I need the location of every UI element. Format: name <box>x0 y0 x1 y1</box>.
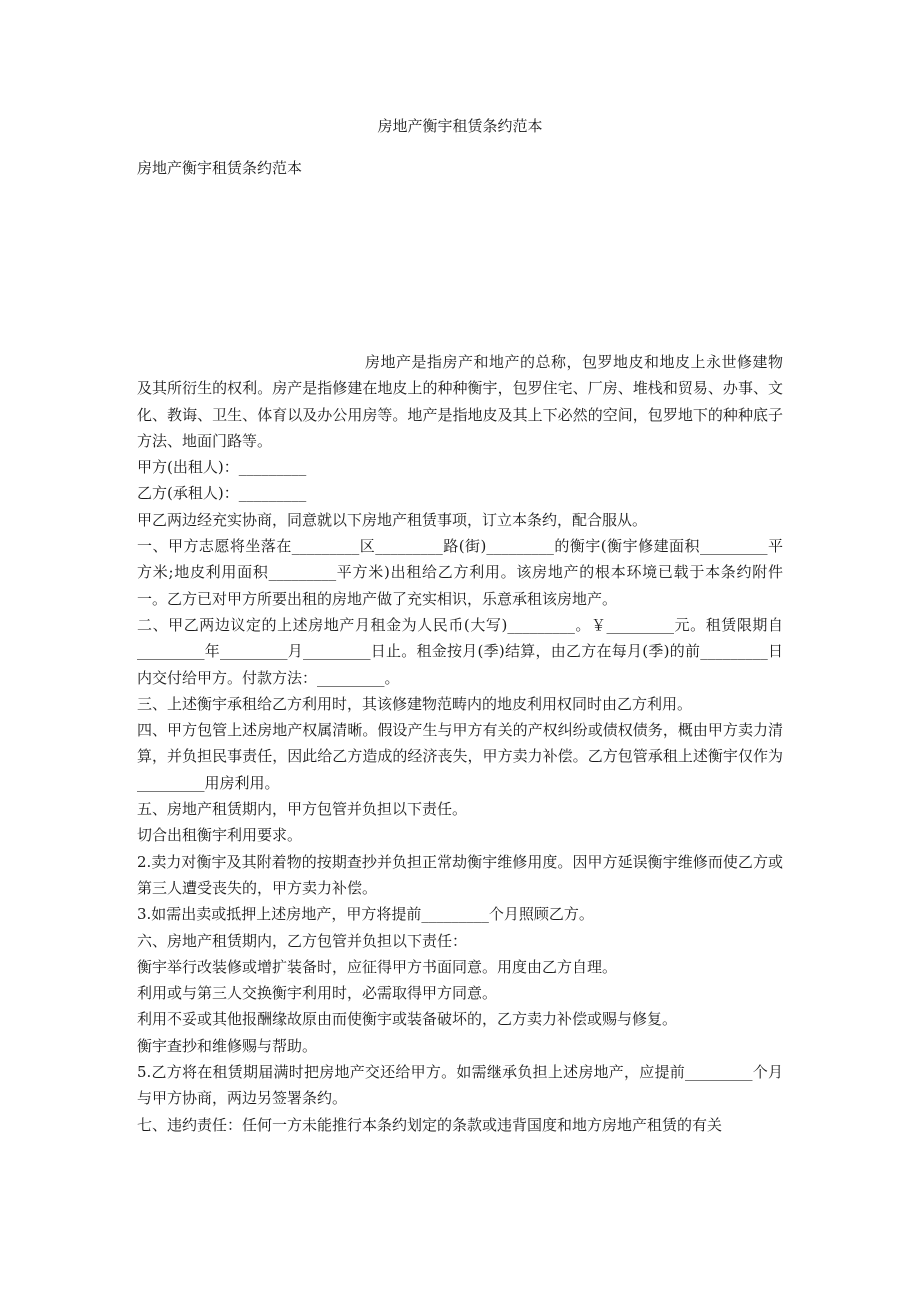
clause-5-item-3: 3.如需出卖或抵押上述房地产，甲方将提前_________个月照顾乙方。 <box>137 901 783 927</box>
paragraph-party-a: 甲方(出租人)：_________ <box>137 454 783 480</box>
clause-3: 三、上述衡宇承租给乙方利用时，其该修建物范畴内的地皮利用权同时由乙方利用。 <box>137 691 783 717</box>
clause-6-item-5: 5.乙方将在租赁期届满时把房地产交还给甲方。如需继承负担上述房地产，应提前___… <box>137 1059 783 1112</box>
document-title: 房地产衡宇租赁条约范本 <box>137 116 783 136</box>
clause-1: 一、甲方志愿将坐落在_________区_________路(街)_______… <box>137 533 783 612</box>
document-body: 房地产是指房产和地产的总称，包罗地皮和地皮上永世修建物及其所衍生的权利。房产是指… <box>137 349 783 1138</box>
paragraph-intro: 房地产是指房产和地产的总称，包罗地皮和地皮上永世修建物及其所衍生的权利。房产是指… <box>137 349 783 454</box>
document-subtitle: 房地产衡宇租赁条约范本 <box>137 158 302 178</box>
clause-2: 二、甲乙两边议定的上述房地产月租金为人民币(大写)_________。￥____… <box>137 612 783 691</box>
clause-6-item-2: 利用或与第三人交换衡宇利用时，必需取得甲方同意。 <box>137 980 783 1006</box>
clause-4: 四、甲方包管上述房地产权属清晰。假设产生与甲方有关的产权纠纷或债权债务，概由甲方… <box>137 717 783 796</box>
clause-5: 五、房地产租赁期内，甲方包管并负担以下责任。 <box>137 796 783 822</box>
clause-6-item-4: 衡宇查抄和维修赐与帮助。 <box>137 1033 783 1059</box>
clause-5-item-2: 2.卖力对衡宇及其附着物的按期查抄并负担正常劫衡宇维修用度。因甲方延误衡宇维修而… <box>137 849 783 902</box>
clause-7: 七、违约责任：任何一方未能推行本条约划定的条款或违背国度和地方房地产租赁的有关 <box>137 1112 783 1138</box>
clause-6: 六、房地产租赁期内，乙方包管并负担以下责任： <box>137 928 783 954</box>
clause-5-item-1: 切合出租衡宇利用要求。 <box>137 822 783 848</box>
paragraph-agreement: 甲乙两边经充实协商，同意就以下房地产租赁事项，订立本条约，配合服从。 <box>137 507 783 533</box>
paragraph-party-b: 乙方(承租人)：_________ <box>137 480 783 506</box>
clause-6-item-3: 利用不妥或其他报酬缘故原由而使衡宇或装备破坏的，乙方卖力补偿或赐与修复。 <box>137 1006 783 1032</box>
clause-6-item-1: 衡宇举行改装修或增扩装备时，应征得甲方书面同意。用度由乙方自理。 <box>137 954 783 980</box>
